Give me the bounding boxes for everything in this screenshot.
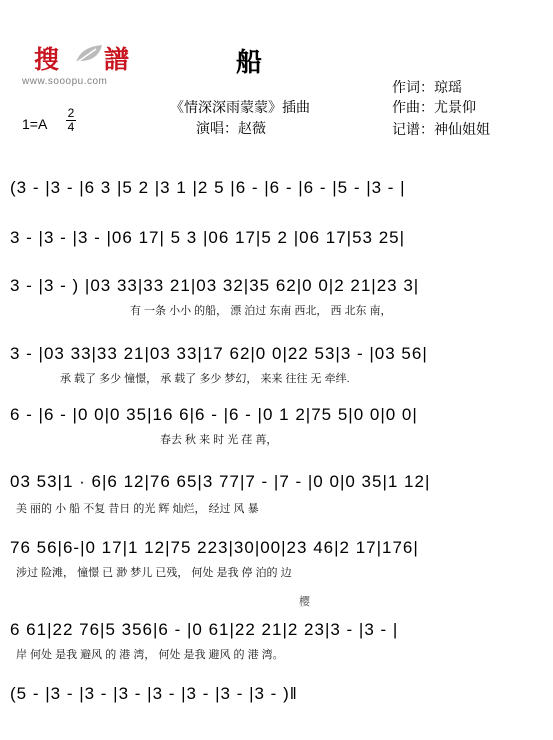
- time-signature-top: 2: [66, 108, 76, 119]
- notes: 3 - |3 - |3 - |06 17| 5 3 |06 17|5 2 |06…: [10, 228, 405, 248]
- leaf-icon: [74, 43, 104, 65]
- score-row-6: 03 53|1 · 6|6 12|76 65|3 77|7 - |7 - |0 …: [10, 472, 540, 494]
- notes: 76 56|6-|0 17|1 12|75 223|30|00|23 46|2 …: [10, 538, 419, 558]
- time-signature: 2 4: [66, 108, 76, 133]
- lyricist-credit: 作词：琼瑶: [392, 77, 462, 97]
- lyrics: 有 一条 小小 的船， 漂 泊过 东南 西北， 西 北东 南，: [130, 302, 392, 318]
- lyrics: 涉过 险滩， 憧憬 已 渺 梦儿 已残， 何处 是我 停 泊的 边: [16, 564, 292, 580]
- sooopu-logo: 搜 譜 www.sooopu.com: [22, 40, 152, 100]
- notes: 3 - |3 - ) |03 33|33 21|03 32|35 62|0 0|…: [10, 276, 419, 296]
- notes: 03 53|1 · 6|6 12|76 65|3 77|7 - |7 - |0 …: [10, 472, 430, 492]
- score-row-5: 6 - |6 - |0 0|0 35|16 6|6 - |6 - |0 1 2|…: [10, 405, 540, 427]
- score-row-3: 3 - |3 - ) |03 33|33 21|03 32|35 62|0 0|…: [10, 276, 540, 298]
- notes: 6 61|22 76|5 356|6 - |0 61|22 21|2 23|3 …: [10, 620, 398, 640]
- score-row-1: (3 - |3 - |6 3 |5 2 |3 1 |2 5 |6 - |6 - …: [10, 178, 540, 200]
- lyrics: 春去 秋 来 时 光 荏 苒，: [160, 431, 277, 447]
- notes: 6 - |6 - |0 0|0 35|16 6|6 - |6 - |0 1 2|…: [10, 405, 418, 425]
- notes: (5 - |3 - |3 - |3 - |3 - |3 - |3 - |3 - …: [10, 684, 298, 704]
- score-row-7: 76 56|6-|0 17|1 12|75 223|30|00|23 46|2 …: [10, 538, 540, 560]
- score-row-2: 3 - |3 - |3 - |06 17| 5 3 |06 17|5 2 |06…: [10, 228, 540, 250]
- score-row-9: (5 - |3 - |3 - |3 - |3 - |3 - |3 - |3 - …: [10, 684, 540, 706]
- singer-credit: 演唱：赵薇: [196, 118, 266, 138]
- song-subtitle: 《情深深雨蒙蒙》插曲: [170, 97, 310, 117]
- lyrics: 岸 何处 是我 避风 的 港 湾， 何处 是我 避风 的 港 湾。: [16, 646, 284, 662]
- song-title: 船: [236, 42, 262, 79]
- watermark: 樱: [299, 593, 310, 609]
- logo-url[interactable]: www.sooopu.com: [22, 76, 107, 87]
- logo-left-char: 搜: [34, 40, 60, 76]
- logo-right-char: 譜: [104, 40, 130, 76]
- score-row-4: 3 - |03 33|33 21|03 33|17 62|0 0|22 53|3…: [10, 344, 540, 366]
- time-signature-bottom: 4: [66, 122, 76, 133]
- notes: (3 - |3 - |6 3 |5 2 |3 1 |2 5 |6 - |6 - …: [10, 178, 406, 198]
- transcriber-credit: 记谱：神仙姐姐: [392, 119, 490, 139]
- key-signature: 1=A: [22, 116, 47, 132]
- notes: 3 - |03 33|33 21|03 33|17 62|0 0|22 53|3…: [10, 344, 428, 364]
- lyrics: 美 丽的 小 船 不复 昔日 的光 辉 灿烂， 经过 风 暴: [16, 500, 259, 516]
- lyrics: 承 载了 多少 憧憬， 承 载了 多少 梦幻， 来来 往往 无 牵绊.: [60, 370, 350, 386]
- composer-credit: 作曲：尤景仰: [392, 97, 476, 117]
- score-row-8: 6 61|22 76|5 356|6 - |0 61|22 21|2 23|3 …: [10, 620, 540, 642]
